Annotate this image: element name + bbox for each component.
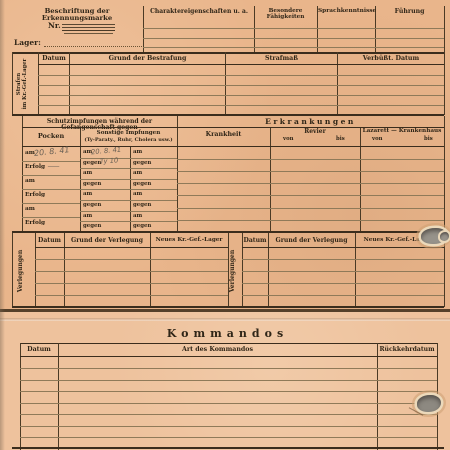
identification-tag-title: Beschriftung der Erkennungsmarke xyxy=(12,8,142,22)
lazarett-col-header: Lazarett — Krankenhaus xyxy=(361,129,443,135)
traits-col-header: Führung xyxy=(376,9,443,15)
kommandos-col-header: Datum xyxy=(21,347,57,353)
verlegungen-col-header: Neues Kr.-Gef.-Lager xyxy=(151,238,227,244)
pocken-row-label: Erfolg xyxy=(25,193,45,199)
divider xyxy=(360,128,361,232)
illness-section-header: Erkrankungen xyxy=(178,118,443,126)
header-rule xyxy=(38,64,444,65)
divider xyxy=(270,128,271,232)
nr-ruled-line xyxy=(64,33,113,34)
pocken-row-label: am xyxy=(25,179,35,185)
pocken-col-header: Pocken xyxy=(23,133,79,140)
nr-ruled-line xyxy=(62,27,115,28)
rule xyxy=(177,183,444,184)
divider xyxy=(377,343,378,450)
sonstige-row-label: gegen xyxy=(83,182,101,187)
sonstige-row-label: gegen xyxy=(133,224,151,229)
rule xyxy=(35,271,228,272)
rule xyxy=(22,189,80,190)
kommandos-title: Kommandos xyxy=(110,328,345,339)
strafen-col-header: Strafmaß xyxy=(226,56,337,62)
divider xyxy=(444,52,445,115)
pocken-row-label: Erfolg xyxy=(25,165,45,171)
sonstige-row-label: am xyxy=(133,214,142,219)
rule xyxy=(20,403,437,404)
scanned-pow-record-card: Beschriftung der Erkennungsmarke Nr. Lag… xyxy=(0,0,450,450)
sonstige-row-label: gegen xyxy=(133,203,151,208)
rule xyxy=(242,295,444,296)
divider xyxy=(58,343,59,450)
lazarett-bis-label: bis xyxy=(424,137,433,142)
rule xyxy=(35,259,228,260)
scan-left-edge xyxy=(0,0,5,450)
rule xyxy=(20,437,437,438)
traits-col-header: Sprachkenntnisse xyxy=(318,9,374,15)
revier-col-header: Revier xyxy=(271,129,359,135)
strafen-col-header: Verbüßt. Datum xyxy=(338,56,444,62)
sonstige-row-label: gegen xyxy=(133,161,151,166)
verlegungen-col-header: Datum xyxy=(36,238,63,244)
nr-ruled-line xyxy=(62,30,115,31)
rule xyxy=(177,171,444,172)
section-border xyxy=(12,447,444,449)
rule xyxy=(143,28,444,29)
sonstige-row-label: am xyxy=(133,171,142,176)
rule xyxy=(38,75,444,76)
lager-fill-line xyxy=(44,40,142,47)
verlegungen-side-label: Verlegungen xyxy=(18,235,28,307)
rule xyxy=(80,200,177,201)
pocken-row-label: Erfolg xyxy=(25,221,45,227)
rule xyxy=(35,283,228,284)
rule xyxy=(80,168,177,169)
header-rule xyxy=(242,247,444,248)
sonstige-row-label: gegen xyxy=(83,224,101,229)
divider xyxy=(444,233,445,307)
divider xyxy=(444,6,445,52)
rule xyxy=(38,85,444,86)
rule xyxy=(242,259,444,260)
rule xyxy=(80,221,177,222)
divider xyxy=(80,128,81,232)
strafen-col-header: Grund der Bestrafung xyxy=(70,56,225,62)
rule xyxy=(22,175,80,176)
kommandos-col-header: Art des Kommandos xyxy=(59,347,376,353)
kommandos-col-header: Rückkehrdatum xyxy=(378,347,436,353)
rule xyxy=(177,220,444,221)
section-border xyxy=(12,52,444,54)
table-border xyxy=(20,343,437,344)
verlegungen-col-header: Grund der Verlegung xyxy=(65,238,149,244)
paper-crease xyxy=(0,318,450,321)
sonstige-col-subheader: (Ty-Paraty., Ruhr, Cholera usw.) xyxy=(81,138,176,143)
section-border xyxy=(12,306,444,308)
rule xyxy=(80,189,177,190)
rule xyxy=(20,391,437,392)
rule xyxy=(20,368,437,369)
rule xyxy=(80,158,177,159)
rule xyxy=(242,271,444,272)
rule xyxy=(22,203,80,204)
sonstige-row-label: am xyxy=(133,192,142,197)
divider xyxy=(20,343,21,450)
header-rule xyxy=(20,356,437,357)
strafen-col-header: Datum xyxy=(39,56,69,62)
divider xyxy=(143,6,144,52)
rule xyxy=(38,95,444,96)
rule xyxy=(177,208,444,209)
verlegungen-col-header: Datum xyxy=(243,238,267,244)
sonstige-row-label: am xyxy=(83,171,92,176)
divider xyxy=(12,233,13,307)
rule xyxy=(143,38,444,39)
sonstige-gegen-entry: Ty 10 xyxy=(100,157,119,165)
rule xyxy=(177,159,444,160)
strafen-side-label: Strafen im Kr.-Gef.-Lager xyxy=(17,54,33,114)
rule xyxy=(242,283,444,284)
lazarett-von-label: von xyxy=(372,137,382,142)
sonstige-row-label: gegen xyxy=(83,203,101,208)
rule xyxy=(22,217,80,218)
krankheit-col-header: Krankheit xyxy=(178,132,269,138)
rule xyxy=(80,179,177,180)
verlegungen-col-header: Grund der Verlegung xyxy=(269,238,354,244)
lager-label: Lager: xyxy=(14,39,41,47)
nr-label: Nr. xyxy=(48,22,61,30)
section-border xyxy=(12,114,444,116)
sonstige-row-label: am xyxy=(83,214,92,219)
sonstige-row-label: am xyxy=(83,192,92,197)
rule xyxy=(35,295,228,296)
traits-col-header: Besondere Fähigkeiten xyxy=(255,9,316,20)
sonstige-row-label: gegen xyxy=(83,161,101,166)
traits-col-header: Charaktereigenschaften u. a. xyxy=(145,9,253,15)
card-bottom-edge xyxy=(0,309,450,312)
divider xyxy=(12,52,13,115)
rule xyxy=(80,211,177,212)
rule xyxy=(20,380,437,381)
rule xyxy=(20,414,437,415)
sonstige-row-label: am xyxy=(133,150,142,155)
header-rule xyxy=(22,146,444,147)
rule xyxy=(143,47,444,48)
sonstige-row-label: gegen xyxy=(133,182,151,187)
sonstige-col-header: Sonstige Impfungen xyxy=(81,131,176,137)
rule xyxy=(177,195,444,196)
rule xyxy=(20,426,437,427)
pocken-row-label: am xyxy=(25,207,35,213)
revier-von-label: von xyxy=(283,137,293,142)
rule xyxy=(38,105,444,106)
header-rule xyxy=(35,247,228,248)
revier-bis-label: bis xyxy=(336,137,345,142)
pocken-erfolg-entry: — xyxy=(47,163,60,170)
verlegungen-side-label: Verlegungen xyxy=(230,235,240,307)
nr-ruled-line xyxy=(62,24,115,25)
divider xyxy=(444,116,445,232)
